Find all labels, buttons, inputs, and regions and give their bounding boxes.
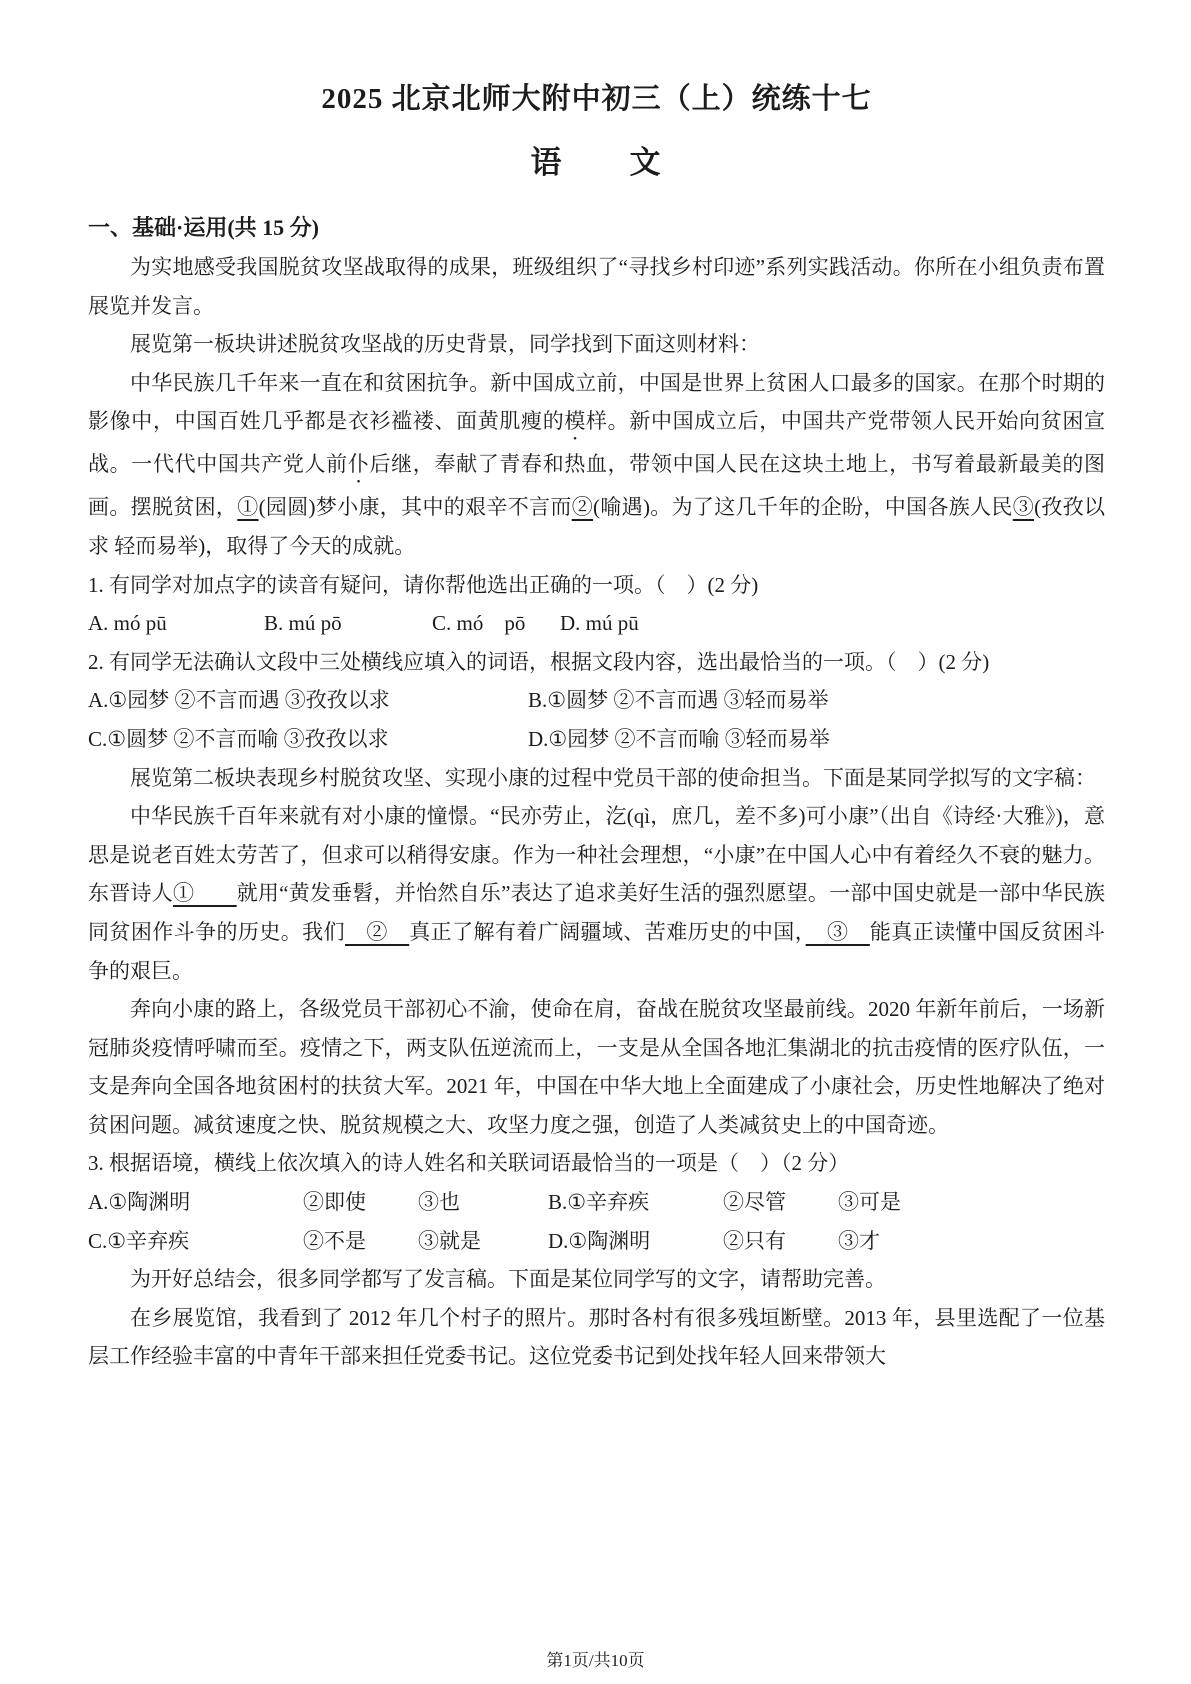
q2-option-d: D.①园梦 ②不言而喻 ③轻而易举 xyxy=(528,720,1105,759)
q3-option-d-name: D.①陶渊明 xyxy=(548,1222,723,1261)
question-2-stem: 2. 有同学无法确认文段中三处横线应填入的词语，根据文段内容，选出最恰当的一项。… xyxy=(88,643,1105,682)
q3-option-a-word2: ②即使 xyxy=(303,1183,418,1222)
q3-option-a-name: A.①陶渊明 xyxy=(88,1183,303,1222)
page-number: 第1页/共10页 xyxy=(0,1650,1191,1672)
page-title: 2025 北京北师大附中初三（上）统练十七 xyxy=(88,78,1105,120)
intro-paragraph-3: 展览第二板块表现乡村脱贫攻坚、实现小康的过程中党员干部的使命担当。下面是某同学拟… xyxy=(88,759,1105,798)
question-3-stem: 3. 根据语境，横线上依次填入的诗人姓名和关联词语最恰当的一项是（ ）（2 分） xyxy=(88,1144,1105,1183)
intro-paragraph-2: 展览第一板块讲述脱贫攻坚战的历史背景，同学找到下面这则材料： xyxy=(88,325,1105,364)
q1-option-c: C. mó pō xyxy=(432,604,560,643)
subject-title: 语 文 xyxy=(88,140,1105,186)
q3-option-d-word2: ②只有 xyxy=(723,1222,838,1261)
q3-option-c-word3: ③就是 xyxy=(418,1222,548,1261)
q3-option-b-word3: ③可是 xyxy=(838,1183,1105,1222)
intro-paragraph-4: 为开好总结会，很多同学都写了发言稿。下面是某位同学写的文字，请帮助完善。 xyxy=(88,1260,1105,1299)
q1-option-a: A. mó pū xyxy=(88,604,264,643)
material-2-paragraph-1: 中华民族千百年来就有对小康的憧憬。“民亦劳止，汔(qì，庶几，差不多)可小康”（… xyxy=(88,797,1105,990)
q2-option-a: A.①园梦 ②不言而遇 ③孜孜以求 xyxy=(88,681,528,720)
q1-option-d: D. mú pū xyxy=(560,604,1105,643)
q3-option-a-word3: ③也 xyxy=(418,1183,548,1222)
q3-option-d-word3: ③才 xyxy=(838,1222,1105,1261)
intro-paragraph-1: 为实地感受我国脱贫攻坚战取得的成果，班级组织了“寻找乡村印迹”系列实践活动。你所… xyxy=(88,248,1105,325)
question-3-options-row-2: C.①辛弃疾 ②不是 ③就是 D.①陶渊明 ②只有 ③才 xyxy=(88,1222,1105,1261)
q3-option-b-name: B.①辛弃疾 xyxy=(548,1183,723,1222)
question-3-options-row-1: A.①陶渊明 ②即使 ③也 B.①辛弃疾 ②尽管 ③可是 xyxy=(88,1183,1105,1222)
q2-option-c: C.①圆梦 ②不言而喻 ③孜孜以求 xyxy=(88,720,528,759)
material-3: 在乡展览馆，我看到了 2012 年几个村子的照片。那时各村有很多残垣断壁。201… xyxy=(88,1299,1105,1376)
q3-option-c-word2: ②不是 xyxy=(303,1222,418,1261)
material-1: 中华民族几千年来一直在和贫困抗争。新中国成立前，中国是世界上贫困人口最多的国家。… xyxy=(88,364,1105,566)
question-2-options-row-1: A.①园梦 ②不言而遇 ③孜孜以求 B.①圆梦 ②不言而遇 ③轻而易举 xyxy=(88,681,1105,720)
q3-option-b-word2: ②尽管 xyxy=(723,1183,838,1222)
section-heading: 一、基础·运用(共 15 分) xyxy=(88,208,1105,248)
q2-option-b: B.①圆梦 ②不言而遇 ③轻而易举 xyxy=(528,681,1105,720)
question-2-options-row-2: C.①圆梦 ②不言而喻 ③孜孜以求 D.①园梦 ②不言而喻 ③轻而易举 xyxy=(88,720,1105,759)
q3-option-c-name: C.①辛弃疾 xyxy=(88,1222,303,1261)
question-1-options: A. mó pū B. mú pō C. mó pō D. mú pū xyxy=(88,604,1105,643)
material-2-paragraph-2: 奔向小康的路上，各级党员干部初心不渝，使命在肩，奋战在脱贫攻坚最前线。2020 … xyxy=(88,990,1105,1144)
q1-option-b: B. mú pō xyxy=(264,604,432,643)
question-1-stem: 1. 有同学对加点字的读音有疑问，请你帮他选出正确的一项。（ ）(2 分) xyxy=(88,566,1105,605)
exam-page: 2025 北京北师大附中初三（上）统练十七 语 文 一、基础·运用(共 15 分… xyxy=(0,0,1191,1684)
